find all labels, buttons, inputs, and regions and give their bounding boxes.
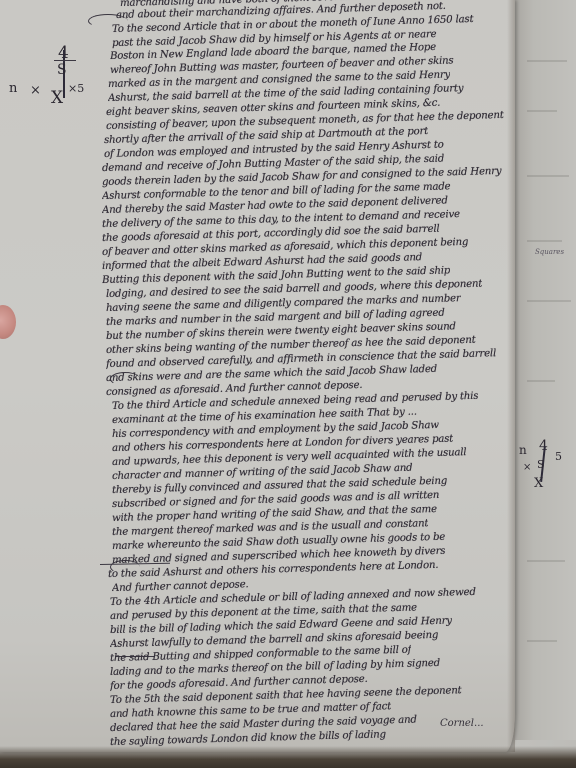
mark-base-x: X: [534, 476, 543, 491]
merchant-mark-left: 4 S n × ×5 X: [0, 40, 120, 110]
mark-letter-s: S: [57, 62, 67, 78]
mark-cross: ×: [523, 462, 531, 473]
facing-page-right: Squares n 4 S × 5 X: [515, 0, 576, 740]
text-line: And further cannot depose.: [112, 579, 249, 594]
mark-label-n: n: [519, 443, 527, 457]
mark-cross: ×: [30, 83, 41, 98]
right-page-note: Squares: [535, 248, 564, 256]
manuscript-photo: Squares n 4 S × 5 X 4 S n × ×5 X: [0, 0, 576, 768]
mark-label-x5: ×5: [68, 82, 84, 95]
mark-base-x: X: [51, 88, 63, 108]
merchant-mark-right: n 4 S × 5 X: [515, 440, 576, 500]
mark-label-5: 5: [555, 450, 562, 463]
signature-fragment: Cornel...: [440, 718, 484, 729]
mark-label-n: n: [9, 81, 17, 96]
manuscript-page: 4 S n × ×5 X marchandising and have both…: [0, 0, 515, 752]
book-bottom-edge: [0, 746, 576, 768]
mark-letter-s: S: [537, 458, 545, 471]
